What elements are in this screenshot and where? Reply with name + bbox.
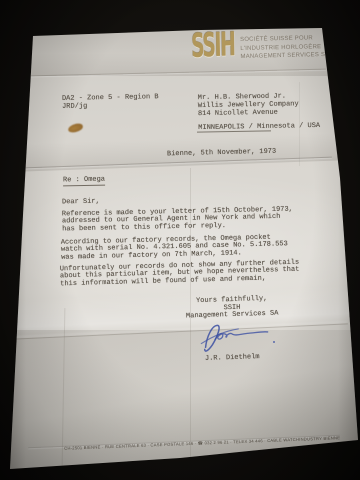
photo-of-letter: SSIH SOCIÉTÉ SUISSE POUR L'INDUSTRIE HOR… [0,0,360,480]
letterhead-org-name: SOCIÉTÉ SUISSE POUR L'INDUSTRIE HORLOGÈR… [240,34,333,62]
initials-line: JRD/jg [62,101,159,111]
subject-text: Re : Omega [63,176,105,187]
paper-shading-bottom [0,330,360,480]
ink-dot [273,341,275,343]
signature-ink [195,317,281,359]
salutation: Dear Sir, [62,199,100,207]
dateline: Bienne, 5th November, 1973 [167,149,276,159]
recipient-address: Mr. H.B. Sherwood Jr. Willis Jewellery C… [198,92,320,132]
reference-line: DA2 - Zone 5 - Region B [62,93,159,103]
footer-text: CH-2501 BIENNE · RUE CENTRALE 63 · CASE … [64,435,340,451]
paper-stain [67,123,83,134]
letter-footer: CH-2501 BIENNE · RUE CENTRALE 63 · CASE … [64,415,360,461]
paragraph-1: Reference is made to your letter of 15th… [62,207,293,234]
subject-line: Re : Omega [63,177,105,185]
paragraph-2: According to our factory records, the Om… [61,234,288,262]
paragraph-3: Unfortunately our records do not show an… [60,260,300,289]
org-line: MANAGEMENT SERVICES S.A. [240,51,333,62]
fold-crease [30,69,326,77]
signature-stroke [215,330,268,339]
reference-block: DA2 - Zone 5 - Region B JRD/jg [62,93,159,111]
letter-paper: SSIH SOCIÉTÉ SUISSE POUR L'INDUSTRIE HOR… [0,0,360,480]
signer-name: J.R. Diethelm [205,354,260,363]
ssih-logo: SSIH [191,28,235,63]
recipient-city-underline [197,130,271,132]
